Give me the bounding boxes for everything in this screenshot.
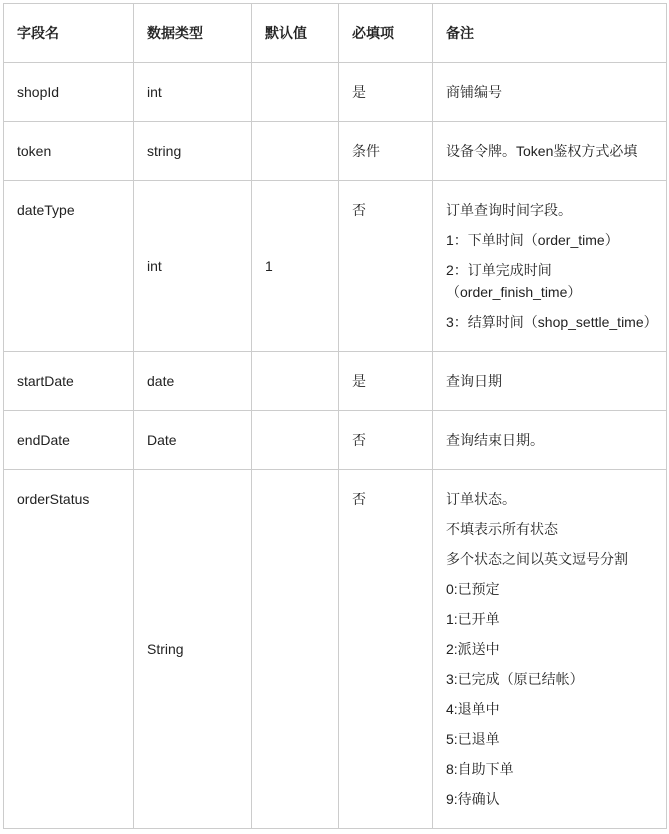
cell-remarks: 查询结束日期。	[433, 411, 667, 470]
cell-remarks: 商铺编号	[433, 63, 667, 122]
cell-required: 否	[339, 411, 433, 470]
cell-required: 是	[339, 63, 433, 122]
cell-default	[252, 470, 339, 829]
cell-field: shopId	[4, 63, 134, 122]
remark-line: 1:已开单	[446, 608, 653, 630]
column-header-field: 字段名	[4, 4, 134, 63]
cell-field: dateType	[4, 181, 134, 352]
remark-line: 3：结算时间（shop_settle_time）	[446, 311, 653, 333]
remark-line: 8:自助下单	[446, 758, 653, 780]
cell-type: int	[134, 63, 252, 122]
cell-field: orderStatus	[4, 470, 134, 829]
remark-line: 多个状态之间以英文逗号分割	[446, 548, 653, 570]
remark-line: 订单状态。	[446, 488, 653, 510]
table-row: endDateDate否查询结束日期。	[4, 411, 667, 470]
cell-type: date	[134, 352, 252, 411]
column-header-required: 必填项	[339, 4, 433, 63]
column-header-type: 数据类型	[134, 4, 252, 63]
cell-default	[252, 411, 339, 470]
cell-remarks: 设备令牌。Token鉴权方式必填	[433, 122, 667, 181]
cell-remarks: 订单查询时间字段。1：下单时间（order_time）2：订单完成时间（orde…	[433, 181, 667, 352]
remark-line: 4:退单中	[446, 698, 653, 720]
remark-line: 1：下单时间（order_time）	[446, 229, 653, 251]
table-row: orderStatusString否订单状态。不填表示所有状态多个状态之间以英文…	[4, 470, 667, 829]
cell-type: Date	[134, 411, 252, 470]
cell-default	[252, 63, 339, 122]
cell-required: 条件	[339, 122, 433, 181]
remark-line: 2:派送中	[446, 638, 653, 660]
remark-line: 不填表示所有状态	[446, 518, 653, 540]
cell-required: 是	[339, 352, 433, 411]
remark-line: 商铺编号	[446, 81, 653, 103]
remark-line: 3:已完成（原已结帐）	[446, 668, 653, 690]
api-params-table: 字段名数据类型默认值必填项备注 shopIdint是商铺编号tokenstrin…	[3, 3, 667, 829]
cell-field: token	[4, 122, 134, 181]
table-row: shopIdint是商铺编号	[4, 63, 667, 122]
cell-type: int	[134, 181, 252, 352]
table-row: dateTypeint1否订单查询时间字段。1：下单时间（order_time）…	[4, 181, 667, 352]
remark-line: 0:已预定	[446, 578, 653, 600]
column-header-remarks: 备注	[433, 4, 667, 63]
cell-default	[252, 122, 339, 181]
table-row: startDatedate是查询日期	[4, 352, 667, 411]
cell-default	[252, 352, 339, 411]
cell-remarks: 订单状态。不填表示所有状态多个状态之间以英文逗号分割0:已预定1:已开单2:派送…	[433, 470, 667, 829]
cell-field: startDate	[4, 352, 134, 411]
table-row: tokenstring条件设备令牌。Token鉴权方式必填	[4, 122, 667, 181]
cell-remarks: 查询日期	[433, 352, 667, 411]
remark-line: 5:已退单	[446, 728, 653, 750]
header-row: 字段名数据类型默认值必填项备注	[4, 4, 667, 63]
remark-line: 查询结束日期。	[446, 429, 653, 451]
cell-required: 否	[339, 181, 433, 352]
column-header-default: 默认值	[252, 4, 339, 63]
remark-line: 查询日期	[446, 370, 653, 392]
cell-type: String	[134, 470, 252, 829]
cell-required: 否	[339, 470, 433, 829]
cell-default: 1	[252, 181, 339, 352]
remark-line: 9:待确认	[446, 788, 653, 810]
cell-type: string	[134, 122, 252, 181]
cell-field: endDate	[4, 411, 134, 470]
remark-line: 设备令牌。Token鉴权方式必填	[446, 140, 653, 162]
remark-line: 订单查询时间字段。	[446, 199, 653, 221]
remark-line: 2：订单完成时间（order_finish_time）	[446, 259, 653, 303]
